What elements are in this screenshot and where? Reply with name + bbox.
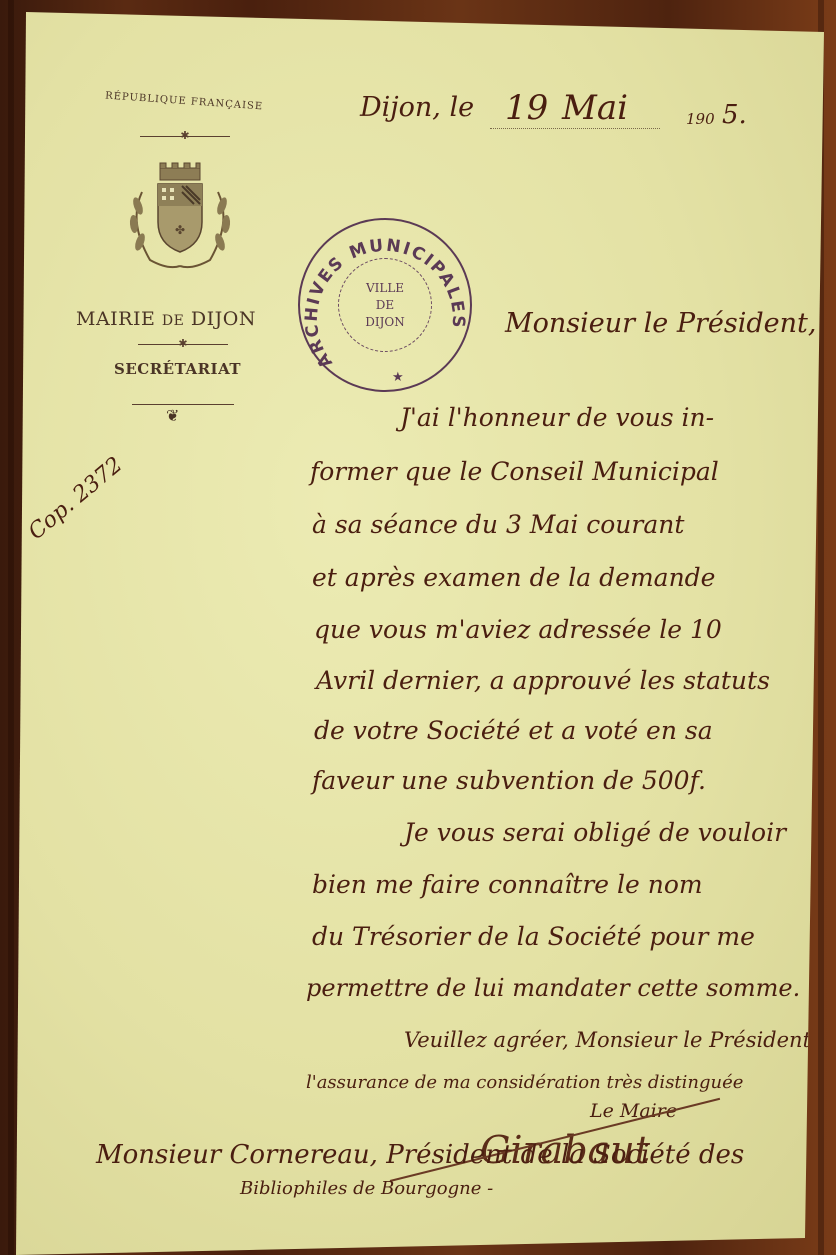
- city-word: DIJON: [191, 308, 256, 330]
- addressee-line-2: Bibliophiles de Bourgogne -: [240, 1178, 493, 1199]
- body-line: permettre de lui mandater cette somme.: [306, 976, 800, 1000]
- body-line: Avril dernier, a approuvé les statuts: [316, 668, 770, 693]
- svg-text:✤: ✤: [175, 223, 185, 237]
- ornament-divider: ✱: [138, 344, 228, 345]
- body-line: former que le Conseil Municipal: [310, 459, 719, 484]
- letterhead-republic: RÉPUBLIQUE FRANÇAISE: [105, 90, 264, 112]
- letterhead-mairie: MAIRIE DE DIJON: [76, 308, 256, 330]
- mairie-word: MAIRIE: [76, 308, 155, 330]
- flourish-icon: ❦: [166, 406, 179, 425]
- body-line: du Trésorier de la Société pour me: [312, 924, 755, 949]
- body-line: faveur une subvention de 500f.: [312, 768, 706, 793]
- body-line: Veuillez agréer, Monsieur le Président,: [404, 1028, 818, 1052]
- body-line: l'assurance de ma considération très dis…: [306, 1072, 743, 1093]
- body-line: à sa séance du 3 Mai courant: [312, 512, 684, 537]
- letterhead-department: SECRÉTARIAT: [114, 360, 241, 378]
- dateline-year-suffix: 5.: [722, 100, 747, 130]
- dateline-place: Dijon, le: [360, 92, 474, 123]
- star-icon: ★: [392, 370, 404, 385]
- margin-reference-note: Cop. 2372: [24, 452, 128, 545]
- ornament-divider: [132, 404, 234, 405]
- body-line: et après examen de la demande: [312, 565, 715, 590]
- body-line: bien me faire connaître le nom: [312, 872, 703, 897]
- dateline-day: 19: [505, 88, 548, 128]
- salutation: Monsieur le Président,: [505, 308, 816, 339]
- addressee-line-1: Monsieur Cornereau, Président de la Soci…: [96, 1140, 744, 1170]
- de-word: DE: [162, 313, 184, 329]
- dateline-month: Mai: [562, 88, 628, 128]
- letter-sheet: RÉPUBLIQUE FRANÇAISE ✱ ✤: [0, 0, 836, 1255]
- ornament-divider: ✱: [140, 136, 230, 137]
- coat-of-arms-icon: ✤: [120, 162, 240, 274]
- body-line: J'ai l'honneur de vous in-: [400, 405, 714, 430]
- stamp-de: DE: [376, 297, 394, 314]
- stamp-dijon: DIJON: [365, 314, 405, 331]
- wood-grain: [8, 0, 14, 1255]
- dateline-year-prefix: 190: [686, 110, 715, 128]
- archives-stamp: ARCHIVES MUNICIPALES VILLE DE DIJON ★: [298, 218, 472, 392]
- body-line: que vous m'aviez adressée le 10: [314, 617, 722, 642]
- date-dotted-line: [490, 128, 660, 129]
- body-line: Je vous serai obligé de vouloir: [404, 820, 786, 845]
- stamp-center: VILLE DE DIJON: [338, 258, 432, 352]
- body-line: de votre Société et a voté en sa: [314, 718, 713, 743]
- stamp-ville: VILLE: [366, 280, 404, 297]
